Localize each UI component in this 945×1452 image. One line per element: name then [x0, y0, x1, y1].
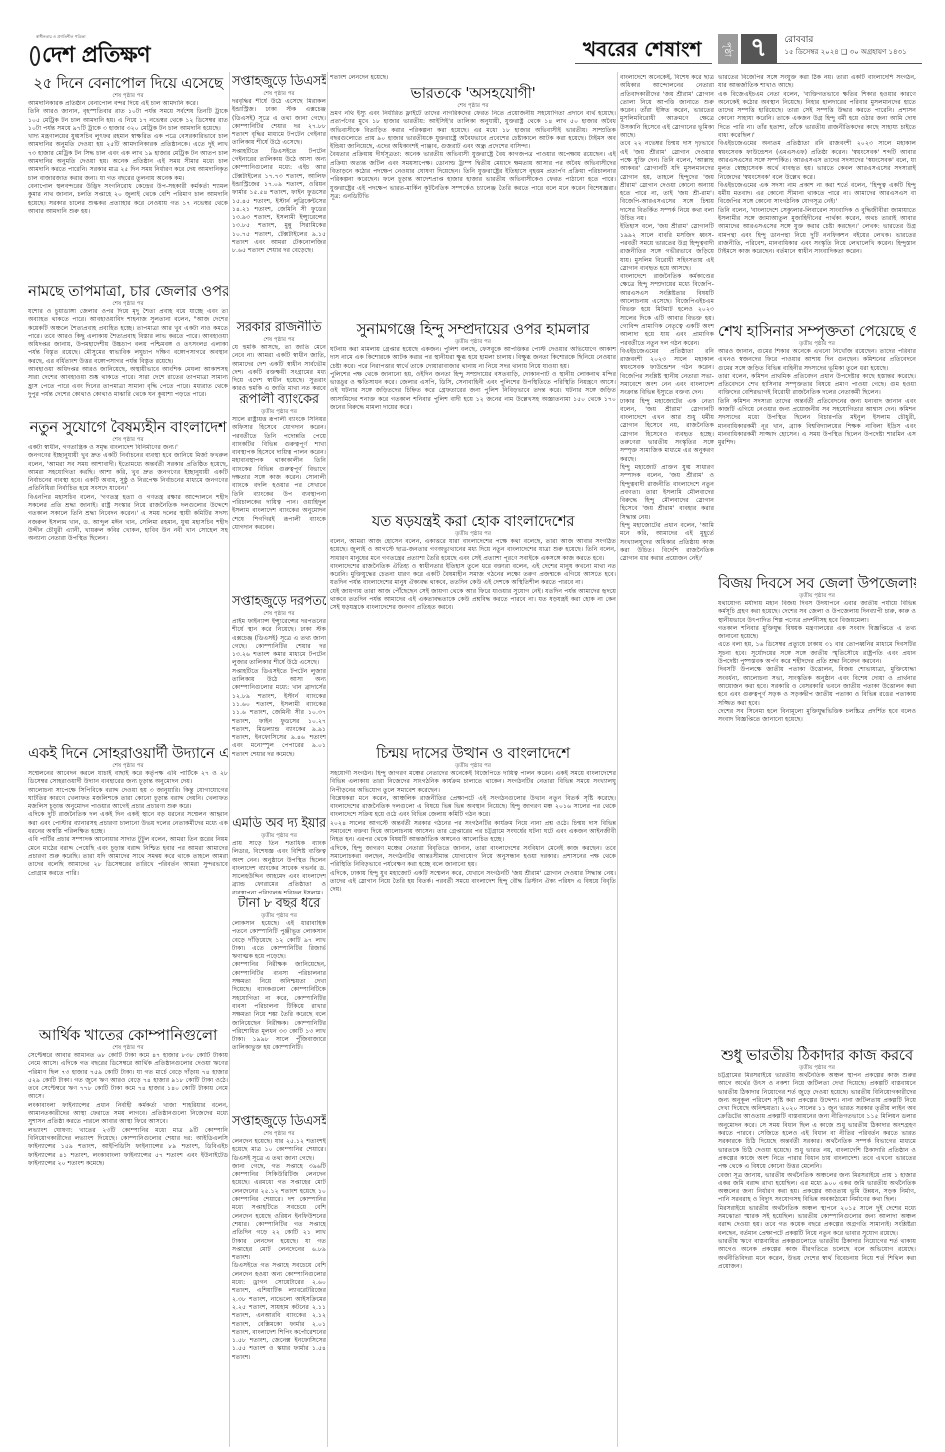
- paragraph: তবে ২২ নভেম্বর চিন্ময় দাস দৃঢ়ভাবে এই '…: [620, 140, 714, 223]
- article-headline[interactable]: ২৫ দিনে বেনাপোল দিয়ে এসেছে: [28, 74, 228, 92]
- article-body: একটা স্বাধীন, গণতান্ত্রিক ও সমৃদ্ধ বাংলা…: [28, 444, 228, 742]
- paragraph: জানা গেছে, গত সপ্তাহে ৩৯৬টি কোম্পানির সি…: [232, 1163, 326, 1263]
- paragraph: ভ্রমণ নথি ইস্যু এবং নির্ধারিত ফ্লাইটে তা…: [330, 110, 616, 151]
- paragraph: সেপ্টেম্বরে আবার আমানত ৬৮ কোটি টাকা কমে …: [28, 1052, 228, 1102]
- article-body: বাংলাদেশে অনেকেই, বিশেষ করে ছাত্র অধিকার…: [620, 74, 714, 1448]
- paragraph: হিন্দু মহাজোট প্রাক্তন যুগ্ম সাধারণ সম্প…: [620, 464, 714, 522]
- paragraph: বাংলাদেশে রাজনৈতিক কর্মকাণ্ডের ক্ষেত্রে …: [620, 273, 714, 348]
- section-title: খবরের শেষাংশ: [575, 34, 712, 64]
- article-body: যে হুমকি আসছে, তা জাতি মেনে নেবে না। আমর…: [232, 344, 326, 390]
- paragraph: প্রাইম ফাইন্যান্স ইন্স্যুরেন্সের দরপতনের…: [232, 618, 326, 668]
- article-headline[interactable]: চিন্ময় দাসের উত্থান ও বাংলাদেশে: [330, 744, 616, 762]
- paragraph: সপ্তাহটিতে ডিএসইতে টপটেন লুজার তালিকায় …: [232, 668, 326, 759]
- paragraph: বৈধতার প্রক্রিয়ায় দীর্ঘসূত্রতা: অনেক ভ…: [330, 151, 616, 201]
- paragraph: তিনি আরও জানান, বৃহস্পতিবার রাত ১০টা পর্…: [28, 108, 228, 133]
- article-body: ঘটনায় করা মামলায় গ্রেপ্তার হয়েছে একজন…: [330, 346, 616, 510]
- article-headline[interactable]: যত ষড়যন্ত্রই করা হোক বাংলাদেশের: [330, 512, 616, 530]
- column-divider: [617, 72, 618, 1447]
- article-financial[interactable]: আর্থিক খাতের কোম্পানিগুলো শেষ পৃষ্ঠার পর…: [28, 1026, 228, 1446]
- paragraph: লোকসান হয়েছে। এই ধারাবাহিক পতনে কোম্পান…: [232, 920, 326, 961]
- continued-note: তৃতীয় পৃষ্ঠার পর: [330, 530, 616, 538]
- article-body: দরবৃদ্ধির শীর্ষে উঠে এসেছে মিরাকল ইন্ডাস…: [232, 98, 326, 318]
- article-victory-day[interactable]: বিজয় দিবসে সব জেলা উপজেলায় হবে তৃতীয় …: [718, 574, 916, 1044]
- article-headline[interactable]: সপ্তাহজুড়ে ডিএসইতে: [232, 74, 326, 90]
- paragraph: বিএনপির মহাসচিব বলেন, 'গণতন্ত্র হত্যা ও …: [28, 494, 228, 544]
- continued-note: তৃতীয় পৃষ্ঠার পর: [330, 762, 616, 770]
- paragraph: তারা বলেন, কমিশন প্রাথমিক প্রতিবেদন প্রধ…: [718, 373, 916, 398]
- paragraph: পুলিশের পক্ষ থেকে জানানো হয়, ওইদিন জনতা…: [330, 371, 616, 412]
- paragraph: বিএইচজেএমের প্রতিষ্ঠাতা রনি রাজবংশী ২০২৩…: [620, 348, 714, 398]
- paragraph: যেই জায়গায় তারা আজ পৌঁছেছেন সেই জায়গা…: [330, 588, 616, 613]
- date-block: রোববার ১৫ ডিসেম্বর ২০২৪ ❑ ৩০ অগ্রহায়ণ ১…: [777, 34, 922, 64]
- paragraph: ঢাকার হিন্দু মহাজোটের এক নেতা বলেন, 'জয়…: [620, 398, 714, 464]
- paragraph: যে হুমকি আসছে, তা জাতি মেনে নেবে না। আমর…: [232, 344, 326, 390]
- brand-name: দেশ প্রতিক্ষণ: [30, 38, 150, 75]
- article-hasina[interactable]: শেখ হাসিনার সম্পৃক্ততা পেয়েছে গুম তৃতীয…: [718, 322, 916, 572]
- paragraph: দেশের সব সিনেমা হলে বিনামূল্যে মুক্তিযুদ…: [718, 708, 916, 725]
- article-chinmoy[interactable]: চিন্ময় দাসের উত্থান ও বাংলাদেশে তৃতীয় …: [330, 744, 616, 1448]
- article-chinmoy-continued[interactable]: বাংলাদেশে অনেকেই, বিশেষ করে ছাত্র অধিকার…: [620, 74, 714, 1448]
- article-chinmoy-continued-2[interactable]: ভারতের বিজেপির সঙ্গে সংযুক্ত করা ঠিক নয়…: [718, 74, 916, 318]
- continued-note: শেষ পৃষ্ঠার পর: [28, 1044, 228, 1052]
- article-body: যশোর ও চুয়াডাঙ্গা জেলার ওপর দিয়ে মৃদু …: [28, 308, 228, 415]
- paragraph: চট্টগ্রামের মিরসরাইয়ে ভারতীয় অর্থনৈতিক…: [718, 1072, 916, 1172]
- paragraph: বাংলাদেশে অনেকেই, বিশেষ করে ছাত্র অধিকার…: [620, 74, 714, 140]
- paragraph: বলেন, আমরা আজ হোসেন বলেন, একাত্তরে যারা …: [330, 538, 616, 563]
- paragraph: বিশ্লেষকরা মনে করেন, আঞ্চলিক রাজনীতির প্…: [330, 795, 616, 820]
- paragraph: যথাযোগ্য মর্যাদায় মহান বিজয় দিবস উদযাপ…: [718, 600, 916, 625]
- date-day: রোববার: [785, 34, 922, 47]
- paragraph: সালে রাষ্ট্রায়ত্ত রূপালী ব্যাংকে সিনিয়…: [232, 416, 326, 532]
- article-headline[interactable]: ভারতকে 'অসহযোগী': [330, 84, 616, 102]
- continued-note: শেষ পৃষ্ঠার পর: [232, 90, 326, 98]
- paragraph: এদিকে, ঢাকায় হিন্দু যুব মহাজোট একটি সম্…: [330, 870, 616, 895]
- article-sunamganj[interactable]: সুনামগঞ্জে হিন্দু সম্প্রদায়ের ওপর হামলা…: [330, 320, 616, 510]
- paragraph: বিএইচজেএমের এক সদস্য নাম প্রকাশ না করা শ…: [718, 182, 916, 207]
- article-headline[interactable]: সপ্তাহজুড়ে ডিএসইতে: [232, 1114, 326, 1130]
- article-body: ভ্রমণ নথি ইস্যু এবং নির্ধারিত ফ্লাইটে তা…: [330, 110, 616, 318]
- article-eight-years[interactable]: টানা ৮ বছর ধরে তৃতীয় পৃষ্ঠার পর লোকসান …: [232, 896, 326, 1112]
- article-politics[interactable]: সরকার রাজনীতি শেষ পৃষ্ঠার পর যে হুমকি আস…: [232, 320, 326, 390]
- article-body: বলেন, আমরা আজ হোসেন বলেন, একাত্তরে যারা …: [330, 538, 616, 742]
- continued-note: তৃতীয় পৃষ্ঠার পর: [232, 912, 326, 920]
- article-headline[interactable]: সরকার রাজনীতি: [232, 320, 326, 336]
- paragraph: লেনদেন হয়েছে। যার ২৫.১২ শতাংশই হয়েছে ম…: [232, 1138, 326, 1163]
- paragraph: সম্মেলনের আবেদন করলে যাচাই বাছাই করে কর্…: [28, 770, 228, 787]
- continued-note: তৃতীয় পৃষ্ঠার পর: [232, 832, 326, 840]
- article-headline[interactable]: আর্থিক খাতের কোম্পানিগুলো: [28, 1026, 228, 1044]
- paragraph: গতকাল শনিবার মুক্তিযুদ্ধ বিষয়ক মন্ত্রণা…: [718, 625, 916, 642]
- article-headline[interactable]: এমডি অব দ্য ইয়ার: [232, 816, 326, 832]
- article-headline[interactable]: টানা ৮ বছর ধরে: [232, 896, 326, 912]
- article-body: প্রাইম ফাইন্যান্স ইন্স্যুরেন্সের দরপতনের…: [232, 618, 326, 814]
- article-india-uncooperative[interactable]: শতাংশ লেনদেন হয়েছে। ভারতকে 'অসহযোগী' শে…: [330, 74, 616, 318]
- article-conspiracy[interactable]: যত ষড়যন্ত্রই করা হোক বাংলাদেশের তৃতীয় …: [330, 512, 616, 742]
- article-rupali[interactable]: রূপালী ব্যাংকের তৃতীয় পৃষ্ঠার পর সালে র…: [232, 392, 326, 592]
- paragraph: প্রায় সাড়ে তিন শতাধিক ব্যাংক লিডার, বি…: [232, 840, 326, 894]
- paragraph: লভ্যাংশ ঘোষণা: খাতের ২৩টি কোম্পানির মধ্য…: [28, 1127, 228, 1168]
- paragraph: এক বিজেএইচএম নেতা বলেন, 'ব্যক্তিগতভাবে ক…: [718, 91, 916, 141]
- masthead: স্বাধীনতার ও প্রগতিশীল পত্রিকা দেশ প্রতি…: [0, 0, 945, 62]
- paragraph: এতে বলা হয়, ১৬ ডিসেম্বর প্রত্যুষে ঢাকায…: [718, 641, 916, 666]
- paragraph: আবহাওয়া অধিদপ্তর আরও জানিয়েছে, অস্থায়…: [28, 366, 228, 399]
- paragraph: দিবসটি উপলক্ষে জাতীয় পতাকা উত্তোলন, বিজ…: [718, 666, 916, 707]
- paragraph: খাদ্য মন্ত্রণালয়ের যুগ্মসচিব লুৎফর রহমা…: [28, 133, 228, 183]
- continued-note: শেষ পৃষ্ঠার পর: [232, 336, 326, 344]
- article-headline[interactable]: নতুন সুযোগে বৈষম্যহীন বাংলাদেশ: [28, 418, 228, 436]
- paragraph: কোম্পানির নিরীক্ষক জানিয়েছেন, কোম্পানিট…: [232, 961, 326, 1052]
- continued-note: শেষ পৃষ্ঠার পর: [232, 610, 326, 618]
- article-headline[interactable]: শুধু ভারতীয় ঠিকাদার কাজ করবে: [718, 1046, 916, 1064]
- column-divider: [327, 72, 328, 1447]
- article-headline[interactable]: নামছে তাপমাত্রা, চার জেলার ওপর দিয়ে: [28, 282, 228, 300]
- continued-note: তৃতীয় পৃষ্ঠার পর: [330, 338, 616, 346]
- continued-note: শেষ পৃষ্ঠার পর: [28, 436, 228, 444]
- page-label: পৃষ্ঠা: [718, 34, 738, 64]
- date-full: ১৫ ডিসেম্বর ২০২৪ ❑ ৩০ অগ্রহায়ণ ১৪৩১: [785, 47, 922, 58]
- paragraph: মিরসরাইয়ে ভারতীয় অর্থনৈতিক অঞ্চল স্থাপ…: [718, 1205, 916, 1238]
- paragraph: তিনি বলেন, 'বাংলাদেশে সেক্যুলার-লিবারেল …: [718, 207, 916, 257]
- paragraph: ইতিহাস বলে, 'জয় শ্রীরাম' স্লোগানটি ১৯৯২…: [620, 223, 714, 273]
- article-body: সহযোগী সংগঠন। হিন্দু জাগরণ মঞ্চের নেতাদে…: [330, 770, 616, 1448]
- paragraph: বিএইচজেএমের অন্যতম প্রতিষ্ঠাতা রনি রাজবং…: [718, 140, 916, 181]
- paragraph: এদিকে দুটি রাজনৈতিক দল একই দিন একই স্থান…: [28, 811, 228, 836]
- article-dse-week-1[interactable]: সপ্তাহজুড়ে ডিএসইতে শেষ পৃষ্ঠার পর দরবৃদ…: [232, 74, 326, 318]
- paragraph: সপ্তাহটিতে ডিএসইতে টপটেন গেইনারের তালিকা…: [232, 148, 326, 256]
- article-body: যথাযোগ্য মর্যাদায় মহান বিজয় দিবস উদযাপ…: [718, 600, 916, 1044]
- article-body: সালে রাষ্ট্রায়ত্ত রূপালী ব্যাংকে সিনিয়…: [232, 416, 326, 592]
- article-headline[interactable]: একই দিনে সোহরাওয়ার্দী উদ্যানে এবি: [28, 744, 228, 762]
- article-body: আরও জানান, গুমের শিকার অনেকে এখনো নিখোঁজ…: [718, 348, 916, 572]
- paragraph: ঘটনায় করা মামলায় গ্রেপ্তার হয়েছে একজন…: [330, 346, 616, 371]
- paragraph: লংকাবাংলা ফাইন্যান্সের প্রধান নির্বাহী ক…: [28, 1102, 228, 1127]
- article-headline[interactable]: রূপালী ব্যাংকের: [232, 392, 326, 408]
- paragraph: এদিকে, হিন্দু জাগরণ মঞ্চের নেতারা বিবৃতি…: [330, 845, 616, 870]
- article-suhrawardy[interactable]: একই দিনে সোহরাওয়ার্দী উদ্যানে এবি শেষ প…: [28, 744, 228, 1024]
- continued-note: শেষ পৃষ্ঠার পর: [28, 762, 228, 770]
- continued-note: তৃতীয় পৃষ্ঠার পর: [718, 1064, 916, 1072]
- article-temperature[interactable]: নামছে তাপমাত্রা, চার জেলার ওপর দিয়ে শেষ…: [28, 282, 228, 415]
- article-benapole[interactable]: ২৫ দিনে বেনাপোল দিয়ে এসেছে শেষ পৃষ্ঠার …: [28, 74, 228, 280]
- section-header: খবরের শেষাংশ পৃষ্ঠা ৭ রোববার ১৫ ডিসেম্বর…: [575, 34, 922, 64]
- article-headline[interactable]: বিজয় দিবসে সব জেলা উপজেলায় হবে: [718, 574, 916, 592]
- article-body: সেপ্টেম্বরে আবার আমানত ৬৮ কোটি টাকা কমে …: [28, 1052, 228, 1446]
- article-headline[interactable]: সপ্তাহজুড়ে দরপতনের: [232, 594, 326, 610]
- continued-note: শেষ পৃষ্ঠার পর: [232, 1130, 326, 1138]
- paragraph: ডিএসইতে গত সপ্তাহে সবচেয়ে বেশি লেনদেন হ…: [232, 1262, 326, 1362]
- continued-note: তৃতীয় পৃষ্ঠার পর: [718, 592, 916, 600]
- lead-in-text: শতাংশ লেনদেন হয়েছে।: [330, 74, 616, 84]
- paragraph: বেনাপোল স্থলবন্দরের উদ্ভিদ সংগনিরোধ কেন্…: [28, 183, 228, 216]
- paragraph: আলোচনা সাপেক্ষে সিপিবিকে বরাদ্দ দেওয়া হ…: [28, 787, 228, 812]
- continued-note: শেষ পৃষ্ঠার পর: [330, 102, 616, 110]
- article-dse-week-3[interactable]: সপ্তাহজুড়ে ডিএসইতে শেষ পৃষ্ঠার পর লেনদে…: [232, 1114, 326, 1448]
- brand-emblem-icon: [30, 46, 40, 66]
- paragraph: তিনি কমিশন সদস্যরা তাদের অন্তর্বর্তী প্র…: [718, 398, 916, 448]
- page-number: ৭: [741, 34, 777, 64]
- continued-note: তৃতীয় পৃষ্ঠার পর: [718, 340, 916, 348]
- article-headline[interactable]: শেখ হাসিনার সম্পৃক্ততা পেয়েছে গুম: [718, 322, 916, 340]
- article-body: সম্মেলনের আবেদন করলে যাচাই বাছাই করে কর্…: [28, 770, 228, 1024]
- paragraph: বাংলাদেশের রাজনৈতিক ঐতিহ্য ও স্বাধীনতার …: [330, 563, 616, 588]
- brand-name-text: দেশ প্রতিক্ষণ: [42, 42, 150, 68]
- paragraph: ভারতের বিজেপির সঙ্গে সংযুক্ত করা ঠিক নয়…: [718, 74, 916, 91]
- article-dse-week-2[interactable]: সপ্তাহজুড়ে দরপতনের শেষ পৃষ্ঠার পর প্রাই…: [232, 594, 326, 814]
- paragraph: এবি পার্টির প্রচার সম্পাদক আনোয়ার সাদাত…: [28, 836, 228, 877]
- paragraph: সহযোগী সংগঠন। হিন্দু জাগরণ মঞ্চের নেতাদে…: [330, 770, 616, 795]
- continued-note: শেষ পৃষ্ঠার পর: [28, 300, 228, 308]
- article-indian-contractor[interactable]: শুধু ভারতীয় ঠিকাদার কাজ করবে তৃতীয় পৃষ…: [718, 1046, 916, 1448]
- paragraph: ২০২৪ সালের আগস্টে অন্তর্বর্তী সরকার গঠনে…: [330, 820, 616, 845]
- paragraph: জনগণের ইচ্ছানুযায়ী খুব দ্রুত একটি নির্ব…: [28, 452, 228, 493]
- article-md-of-year[interactable]: এমডি অব দ্য ইয়ার তৃতীয় পৃষ্ঠার পর প্রা…: [232, 816, 326, 894]
- continued-note: শেষ পৃষ্ঠার পর: [28, 92, 228, 100]
- article-body: প্রায় সাড়ে তিন শতাধিক ব্যাংক লিডার, বি…: [232, 840, 326, 894]
- article-headline[interactable]: সুনামগঞ্জে হিন্দু সম্প্রদায়ের ওপর হামলা…: [330, 320, 616, 338]
- paragraph: দরবৃদ্ধির শীর্ষে উঠে এসেছে মিরাকল ইন্ডাস…: [232, 98, 326, 148]
- article-body: লোকসান হয়েছে। এই ধারাবাহিক পতনে কোম্পান…: [232, 920, 326, 1112]
- paragraph: যশোর ও চুয়াডাঙ্গা জেলার ওপর দিয়ে মৃদু …: [28, 308, 228, 366]
- article-body: আমদানিকারক প্রতিষ্ঠান বেনাপোল বন্দর দিয়…: [28, 100, 228, 278]
- article-body: লেনদেন হয়েছে। যার ২৫.১২ শতাংশই হয়েছে ম…: [232, 1138, 326, 1448]
- paragraph: বেজা সূত্র জানায়, ভারতীয় অর্থনৈতিক অঞ্…: [718, 1172, 916, 1205]
- column-divider: [229, 72, 230, 1447]
- continued-note: তৃতীয় পৃষ্ঠার পর: [232, 408, 326, 416]
- article-new-opportunity[interactable]: নতুন সুযোগে বৈষম্যহীন বাংলাদেশ শেষ পৃষ্ঠ…: [28, 418, 228, 742]
- paragraph: আরও জানান, গুমের শিকার অনেকে এখনো নিখোঁজ…: [718, 348, 916, 373]
- article-body: ভারতের বিজেপির সঙ্গে সংযুক্ত করা ঠিক নয়…: [718, 74, 916, 318]
- paragraph: হিন্দু মহাজোটের প্রধান বলেন, 'আমি মনে কর…: [620, 522, 714, 563]
- paragraph: ভারতীয় ঋণে বাস্তবায়িত প্রকল্পগুলোতে ভা…: [718, 1238, 916, 1271]
- article-body: চট্টগ্রামের মিরসরাইয়ে ভারতীয় অর্থনৈতিক…: [718, 1072, 916, 1448]
